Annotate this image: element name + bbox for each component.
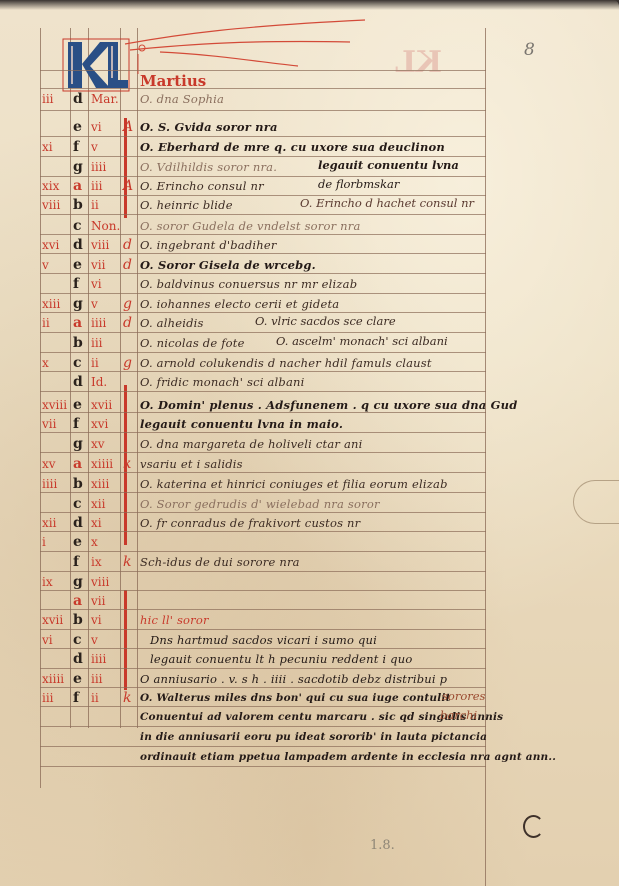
roman-day: xiiii	[91, 455, 123, 473]
roman-day: Mar.	[91, 90, 123, 108]
dominical-letter: d	[73, 373, 87, 391]
obit-entry: O. fr conradus de frakivort custos nr	[140, 514, 360, 532]
roman-day: Non.	[91, 217, 123, 235]
obit-entry: Sch-idus de dui sorore nra	[140, 553, 300, 571]
obit-entry: O. baldvinus conuersus nr mr elizab	[140, 275, 357, 293]
obit-entry: O. dna margareta de holiveli ctar ani	[140, 435, 363, 453]
obit-entry: O anniusario . v. s h . iiii . sacdotib …	[140, 670, 447, 688]
dominical-letter: a	[73, 455, 87, 473]
dominical-letter: c	[73, 354, 87, 372]
feast-mark: k	[123, 455, 139, 473]
dominical-letter: e	[73, 256, 87, 274]
dominical-letter: e	[73, 118, 87, 136]
obit-entry: legauit conuentu lt h pecuniu reddent i …	[150, 650, 412, 668]
golden-number: viii	[42, 196, 68, 214]
top-shadow	[0, 0, 619, 10]
calendar-row: g xv O. dna margareta de holiveli ctar a…	[0, 435, 619, 455]
golden-number: i	[42, 533, 68, 551]
roman-day: v	[91, 138, 123, 156]
golden-number: xix	[42, 177, 68, 195]
dominical-letter: c	[73, 631, 87, 649]
calendar-row: x c ii g O. arnold colukendis d nacher h…	[0, 354, 619, 374]
roman-day: vii	[91, 256, 123, 274]
pen-flourish-icon	[120, 14, 370, 74]
calendar-row: g iiii O. Vdilhildis soror nra. legauit …	[0, 158, 619, 178]
feast-mark: g	[123, 295, 139, 313]
continuation-line: in die anniusarii eoru pu ideat sororib'…	[0, 728, 619, 748]
marginal-note: barchi	[440, 708, 477, 722]
roman-day: xvii	[91, 396, 123, 414]
calendar-row: f ix k Sch-idus de dui sorore nra	[0, 553, 619, 573]
dominical-letter: g	[73, 158, 87, 176]
obit-entry-right: de florbmskar	[318, 177, 399, 191]
calendar-row: iii f ii k O. Walterus miles dns bon' qu…	[0, 689, 619, 709]
obit-entry: O. fridic monach' sci albani	[140, 373, 305, 391]
roman-day: ii	[91, 196, 123, 214]
dominical-letter: c	[73, 217, 87, 235]
golden-number: xiii	[42, 295, 68, 313]
pencil-note: 1.8.	[370, 838, 395, 853]
golden-number: xi	[42, 138, 68, 156]
dominical-letter: d	[73, 236, 87, 254]
obit-entry: hic ll' soror	[140, 611, 209, 629]
dominical-letter: f	[73, 415, 87, 433]
calendar-row: c Non. O. soror Gudela de vndelst soror …	[0, 217, 619, 237]
dominical-letter: a	[73, 314, 87, 332]
obit-entry-right: legauit conuentu lvna	[318, 158, 459, 172]
calendar-row: xi f v O. Eberhard de mre q. cu uxore su…	[0, 138, 619, 158]
golden-number: iiii	[42, 475, 68, 493]
obit-entry: O. Walterus miles dns bon' qui cu sua iu…	[140, 689, 451, 707]
calendar-row: c xii O. Soror gedrudis d' wielebad nra …	[0, 495, 619, 515]
dominical-letter: b	[73, 196, 87, 214]
obit-entry: O. ingebrant d'badiher	[140, 236, 277, 254]
calendar-row: iii d Mar. O. dna Sophia	[0, 90, 619, 110]
roman-day: iiii	[91, 314, 123, 332]
roman-day: iii	[91, 177, 123, 195]
dominical-letter: c	[73, 495, 87, 513]
dominical-letter: g	[73, 435, 87, 453]
dominical-letter: a	[73, 177, 87, 195]
roman-day: x	[91, 533, 123, 551]
clasp-impression	[573, 480, 619, 524]
roman-day: vi	[91, 275, 123, 293]
ruling-line	[40, 110, 486, 111]
roman-day: viii	[91, 573, 123, 591]
dominical-letter: a	[73, 592, 87, 610]
obit-entry: O. S. Gvida soror nra	[140, 118, 278, 136]
bleed-through-initial: KL	[395, 45, 442, 80]
golden-number: ix	[42, 573, 68, 591]
feast-mark: k	[123, 553, 139, 571]
obit-entry: vsariu et i salidis	[140, 455, 243, 473]
dominical-letter: d	[73, 650, 87, 668]
ruling-line	[40, 70, 486, 71]
marginal-note: sorores	[442, 689, 485, 703]
obit-entry: O. Soror Gisela de wrcebg.	[140, 256, 316, 274]
feast-mark: d	[123, 256, 139, 274]
dominical-letter: e	[73, 396, 87, 414]
dominical-letter: e	[73, 533, 87, 551]
roman-day: xii	[91, 495, 123, 513]
golden-number: xv	[42, 455, 68, 473]
calendar-row: xvi d viii d O. ingebrant d'badiher	[0, 236, 619, 256]
roman-day: xv	[91, 435, 123, 453]
roman-day: iiii	[91, 158, 123, 176]
dominical-letter: b	[73, 611, 87, 629]
roman-day: vii	[91, 592, 123, 610]
obit-entry: O. alheidis	[140, 314, 204, 332]
obit-entry: O. Soror gedrudis d' wielebad nra soror	[140, 495, 380, 513]
calendar-row: a vii	[0, 592, 619, 612]
roman-day: vi	[91, 118, 123, 136]
calendar-row: b iii O. nicolas de fote O. ascelm' mona…	[0, 334, 619, 354]
golden-number: vi	[42, 631, 68, 649]
golden-number: iii	[42, 90, 68, 108]
calendar-row: d iiii legauit conuentu lt h pecuniu red…	[0, 650, 619, 670]
calendar-row: viii b ii O. heinric blide O. Erincho d …	[0, 196, 619, 216]
golden-number: xii	[42, 514, 68, 532]
golden-number: xviii	[42, 396, 68, 414]
folio-number: 8	[524, 40, 535, 60]
golden-number: ii	[42, 314, 68, 332]
roman-day: iii	[91, 334, 123, 352]
feast-mark: d	[123, 236, 139, 254]
roman-day: iii	[91, 670, 123, 688]
golden-number: vii	[42, 415, 68, 433]
calendar-row: xviii e xvii O. Domin' plenus . Adsfunen…	[0, 396, 619, 416]
calendar-row: xvii b vi hic ll' soror	[0, 611, 619, 631]
dominical-letter: f	[73, 553, 87, 571]
obit-entry: O. katerina et hinrici coniuges et filia…	[140, 475, 448, 493]
obit-continuation: in die anniusarii eoru pu ideat sororib'…	[140, 728, 487, 746]
roman-day: v	[91, 631, 123, 649]
calendar-row: xiii g v g O. iohannes electo cerii et g…	[0, 295, 619, 315]
ruling-line	[40, 88, 486, 89]
feast-mark: k	[123, 689, 139, 707]
calendar-row: vi c v Dns hartmud sacdos vicari i sumo …	[0, 631, 619, 651]
golden-number: xvi	[42, 236, 68, 254]
obit-entry: O. Erincho consul nr	[140, 177, 264, 195]
golden-number: xiiii	[42, 670, 68, 688]
roman-day: xiii	[91, 475, 123, 493]
obit-entry: O. Vdilhildis soror nra.	[140, 158, 277, 176]
roman-day: ix	[91, 553, 123, 571]
calendar-row: xiiii e iii O anniusario . v. s h . iiii…	[0, 670, 619, 690]
roman-day: ii	[91, 354, 123, 372]
feast-mark: A	[123, 118, 139, 136]
calendar-row: v e vii d O. Soror Gisela de wrcebg.	[0, 256, 619, 276]
golden-number: v	[42, 256, 68, 274]
dominical-letter: f	[73, 275, 87, 293]
obit-entry: Dns hartmud sacdos vicari i sumo qui	[150, 631, 377, 649]
calendar-row: i e x	[0, 533, 619, 553]
dominical-letter: g	[73, 573, 87, 591]
calendar-row: f vi O. baldvinus conuersus nr mr elizab	[0, 275, 619, 295]
roman-day: xi	[91, 514, 123, 532]
manuscript-page: KL Martius 8 iii d Mar. O. dna Sophia e …	[0, 0, 619, 886]
calendar-row: ii a iiii d O. alheidis O. vlric sacdos …	[0, 314, 619, 334]
roman-day: Id.	[91, 373, 123, 391]
roman-day: iiii	[91, 650, 123, 668]
dominical-letter: f	[73, 689, 87, 707]
obit-entry: O. dna Sophia	[140, 90, 224, 108]
golden-number: x	[42, 354, 68, 372]
obit-entry: O. heinric blide	[140, 196, 233, 214]
dominical-letter: f	[73, 138, 87, 156]
calendar-row: ix g viii	[0, 573, 619, 593]
dominical-letter: g	[73, 295, 87, 313]
obit-entry-right: O. vlric sacdos sce clare	[255, 314, 396, 328]
roman-day: viii	[91, 236, 123, 254]
obit-entry: O. Domin' plenus . Adsfunenem . q cu uxo…	[140, 396, 517, 414]
calendar-row: xii d xi O. fr conradus de frakivort cus…	[0, 514, 619, 534]
feast-mark: g	[123, 354, 139, 372]
golden-number: iii	[42, 689, 68, 707]
obit-entry: O. iohannes electo cerii et gideta	[140, 295, 339, 313]
obit-entry-right: O. Erincho d hachet consul nr	[300, 196, 474, 210]
obit-entry: legauit conuentu lvna in maio.	[140, 415, 343, 433]
obit-entry-right: O. ascelm' monach' sci albani	[276, 334, 448, 348]
calendar-row: vii f xvi legauit conuentu lvna in maio.	[0, 415, 619, 435]
roman-day: vi	[91, 611, 123, 629]
dominical-letter: b	[73, 334, 87, 352]
continuation-line: Conuentui ad valorem centu marcaru . sic…	[0, 708, 619, 728]
roman-day: ii	[91, 689, 123, 707]
calendar-row: iiii b xiii O. katerina et hinrici coniu…	[0, 475, 619, 495]
roman-day: v	[91, 295, 123, 313]
calendar-row: e vi A O. S. Gvida soror nra	[0, 118, 619, 138]
obit-continuation: ordinauit etiam ppetua lampadem ardente …	[140, 748, 556, 766]
calendar-row: d Id. O. fridic monach' sci albani	[0, 373, 619, 393]
dominical-letter: b	[73, 475, 87, 493]
dominical-letter: d	[73, 90, 87, 108]
feast-mark: A	[123, 177, 139, 195]
calendar-row: xv a xiiii k vsariu et i salidis	[0, 455, 619, 475]
golden-number: xvii	[42, 611, 68, 629]
continuation-line: ordinauit etiam ppetua lampadem ardente …	[0, 748, 619, 768]
feast-mark: d	[123, 314, 139, 332]
calendar-row: xix a iii A O. Erincho consul nr de flor…	[0, 177, 619, 197]
dominical-letter: d	[73, 514, 87, 532]
obit-entry: O. soror Gudela de vndelst soror nra	[140, 217, 361, 235]
obit-entry: O. arnold colukendis d nacher hdil famul…	[140, 354, 432, 372]
obit-entry: O. Eberhard de mre q. cu uxore sua deucl…	[140, 138, 445, 156]
roman-day: xvi	[91, 415, 123, 433]
obit-entry: O. nicolas de fote	[140, 334, 245, 352]
dominical-letter: e	[73, 670, 87, 688]
circle-mark-icon	[523, 815, 544, 838]
